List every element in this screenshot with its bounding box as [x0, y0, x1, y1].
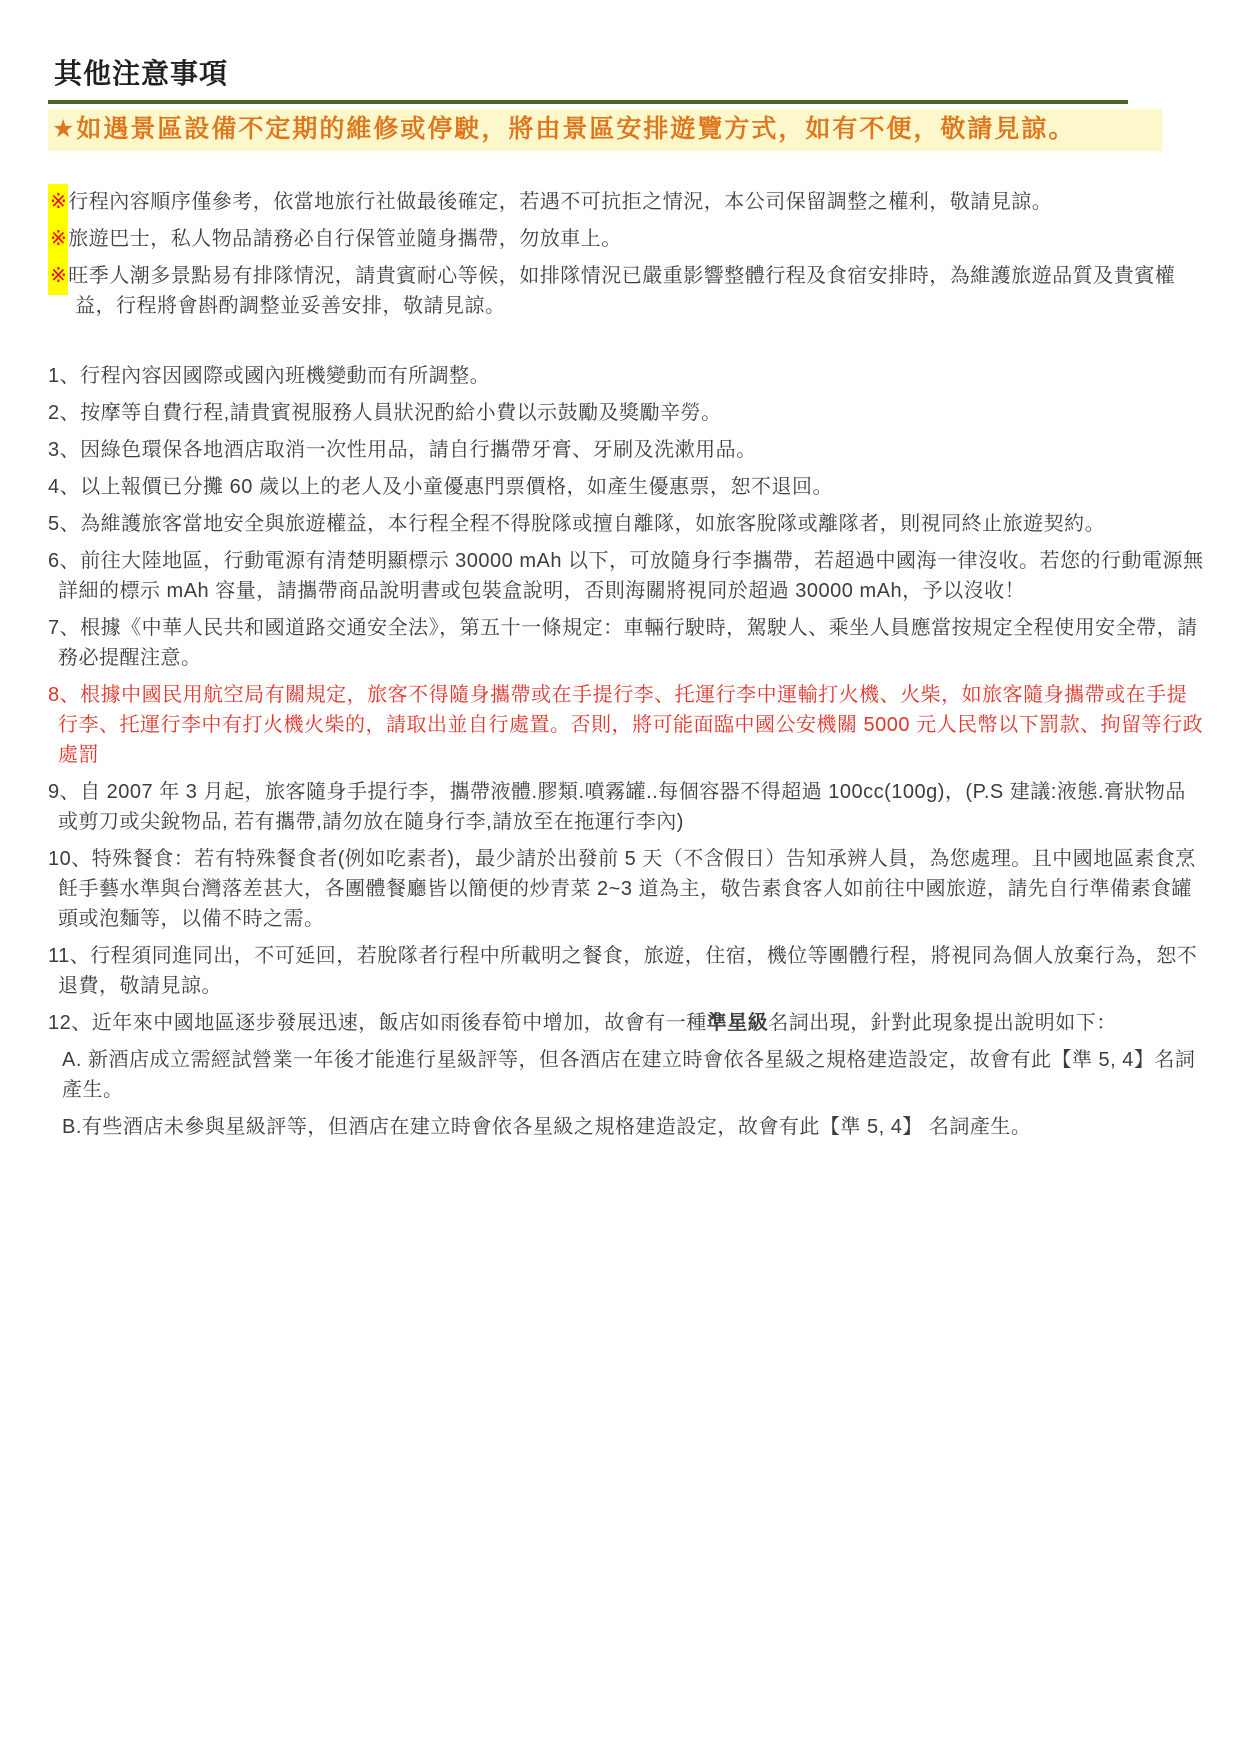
- starred-note-text: 行程內容順序僅參考，依當地旅行社做最後確定，若遇不可抗拒之情況，本公司保留調整之…: [68, 191, 1052, 213]
- numbered-note-1: 1、行程內容因國際或國內班機變動而有所調整。: [48, 361, 1206, 391]
- note-text: 以上報價已分攤 60 歲以上的老人及小童優惠門票價格，如產生優惠票，恕不退回。: [80, 476, 833, 498]
- note-text: 名詞出現，針對此現象提出說明如下：: [768, 1012, 1117, 1034]
- note-text: 為維護旅客當地安全與旅遊權益，本行程全程不得脫隊或擅自離隊，如旅客脫隊或離隊者，…: [80, 513, 1105, 535]
- note-number: 7、: [48, 617, 80, 639]
- note-text: 根據中國民用航空局有關規定，旅客不得隨身攜帶或在手提行李、托運行李中運輸打火機、…: [58, 684, 1203, 766]
- numbered-note-4: 4、以上報價已分攤 60 歲以上的老人及小童優惠門票價格，如產生優惠票，恕不退回…: [48, 472, 1206, 502]
- note-number: 4、: [48, 476, 80, 498]
- note-text: 行程內容因國際或國內班機變動而有所調整。: [80, 365, 490, 387]
- reference-mark-icon: ※: [48, 221, 68, 258]
- numbered-notes-section: 1、行程內容因國際或國內班機變動而有所調整。 2、按摩等自費行程,請貴賓視服務人…: [48, 361, 1206, 1142]
- numbered-note-6: 6、前往大陸地區，行動電源有清楚明顯標示 30000 mAh 以下，可放隨身行李…: [48, 546, 1206, 606]
- sub-note-b: B.有些酒店未參與星級評等，但酒店在建立時會依各星級之規格建造設定，故會有此【準…: [62, 1112, 1206, 1142]
- document-page: 其他注意事項 ★如遇景區設備不定期的維修或停駛，將由景區安排遊覽方式，如有不便，…: [0, 0, 1241, 1755]
- note-number: 10、: [48, 848, 92, 870]
- numbered-note-10: 10、特殊餐食：若有特殊餐食者(例如吃素者)，最少請於出發前 5 天（不含假日）…: [48, 844, 1206, 934]
- note-text: 因綠色環保各地酒店取消一次性用品，請自行攜帶牙膏、牙刷及洗漱用品。: [80, 439, 757, 461]
- note-number: 9、: [48, 781, 80, 803]
- starred-note-text: 旺季人潮多景點易有排隊情況，請貴賓耐心等候，如排隊情況已嚴重影響整體行程及食宿安…: [68, 265, 1175, 317]
- note-number: 3、: [48, 439, 80, 461]
- numbered-note-11: 11、行程須同進同出，不可延回，若脫隊者行程中所載明之餐食，旅遊，住宿，機位等團…: [48, 941, 1206, 1001]
- note-number: 12、: [48, 1012, 92, 1034]
- note-text: 根據《中華人民共和國道路交通安全法》，第五十一條規定：車輛行駛時，駕駛人、乘坐人…: [58, 617, 1198, 669]
- numbered-note-5: 5、為維護旅客當地安全與旅遊權益，本行程全程不得脫隊或擅自離隊，如旅客脫隊或離隊…: [48, 509, 1206, 539]
- starred-note: ※旺季人潮多景點易有排隊情況，請貴賓耐心等候，如排隊情況已嚴重影響整體行程及食宿…: [48, 261, 1203, 321]
- sub-note-a: A. 新酒店成立需經試營業一年後才能進行星級評等，但各酒店在建立時會依各星級之規…: [62, 1045, 1206, 1105]
- numbered-note-2: 2、按摩等自費行程,請貴賓視服務人員狀況酌給小費以示鼓勵及獎勵辛勞。: [48, 398, 1206, 428]
- note-text: 行程須同進同出，不可延回，若脫隊者行程中所載明之餐食，旅遊，住宿，機位等團體行程…: [58, 945, 1197, 997]
- reference-mark-icon: ※: [48, 258, 68, 295]
- notice-banner-text: ★如遇景區設備不定期的維修或停駛，將由景區安排遊覽方式，如有不便，敬請見諒。: [52, 115, 1075, 143]
- starred-note: ※行程內容順序僅參考，依當地旅行社做最後確定，若遇不可抗拒之情況，本公司保留調整…: [48, 187, 1203, 217]
- numbered-note-8-warning: 8、根據中國民用航空局有關規定，旅客不得隨身攜帶或在手提行李、托運行李中運輸打火…: [48, 680, 1206, 770]
- note-text: 自 2007 年 3 月起，旅客隨身手提行李，攜帶液體.膠類.噴霧罐..每個容器…: [58, 781, 1186, 833]
- note-text: 按摩等自費行程,請貴賓視服務人員狀況酌給小費以示鼓勵及獎勵辛勞。: [80, 402, 722, 424]
- note-number: 6、: [48, 550, 80, 572]
- note-text: 前往大陸地區，行動電源有清楚明顯標示 30000 mAh 以下，可放隨身行李攜帶…: [58, 550, 1204, 602]
- note-number: 8、: [48, 684, 80, 706]
- numbered-note-3: 3、因綠色環保各地酒店取消一次性用品，請自行攜帶牙膏、牙刷及洗漱用品。: [48, 435, 1206, 465]
- note-number: 2、: [48, 402, 80, 424]
- title-underline: [48, 100, 1128, 104]
- numbered-note-9: 9、自 2007 年 3 月起，旅客隨身手提行李，攜帶液體.膠類.噴霧罐..每個…: [48, 777, 1206, 837]
- starred-note: ※旅遊巴士，私人物品請務必自行保管並隨身攜帶，勿放車上。: [48, 224, 1203, 254]
- reference-mark-icon: ※: [48, 184, 68, 221]
- note-number: 11、: [48, 945, 90, 967]
- starred-note-text: 旅遊巴士，私人物品請務必自行保管並隨身攜帶，勿放車上。: [68, 228, 622, 250]
- note-text-emphasis: 準星級: [707, 1012, 769, 1034]
- numbered-note-7: 7、根據《中華人民共和國道路交通安全法》，第五十一條規定：車輛行駛時，駕駛人、乘…: [48, 613, 1206, 673]
- starred-notes-section: ※行程內容順序僅參考，依當地旅行社做最後確定，若遇不可抗拒之情況，本公司保留調整…: [48, 187, 1203, 321]
- note-number: 1、: [48, 365, 80, 387]
- note-text: 近年來中國地區逐步發展迅速，飯店如雨後春筍中增加，故會有一種: [92, 1012, 707, 1034]
- notice-banner: ★如遇景區設備不定期的維修或停駛，將由景區安排遊覽方式，如有不便，敬請見諒。: [48, 109, 1162, 151]
- note-number: 5、: [48, 513, 80, 535]
- page-title: 其他注意事項: [54, 52, 1199, 92]
- numbered-note-12: 12、近年來中國地區逐步發展迅速，飯店如雨後春筍中增加，故會有一種準星級名詞出現…: [48, 1008, 1206, 1038]
- note-text: 特殊餐食：若有特殊餐食者(例如吃素者)，最少請於出發前 5 天（不含假日）告知承…: [58, 848, 1196, 930]
